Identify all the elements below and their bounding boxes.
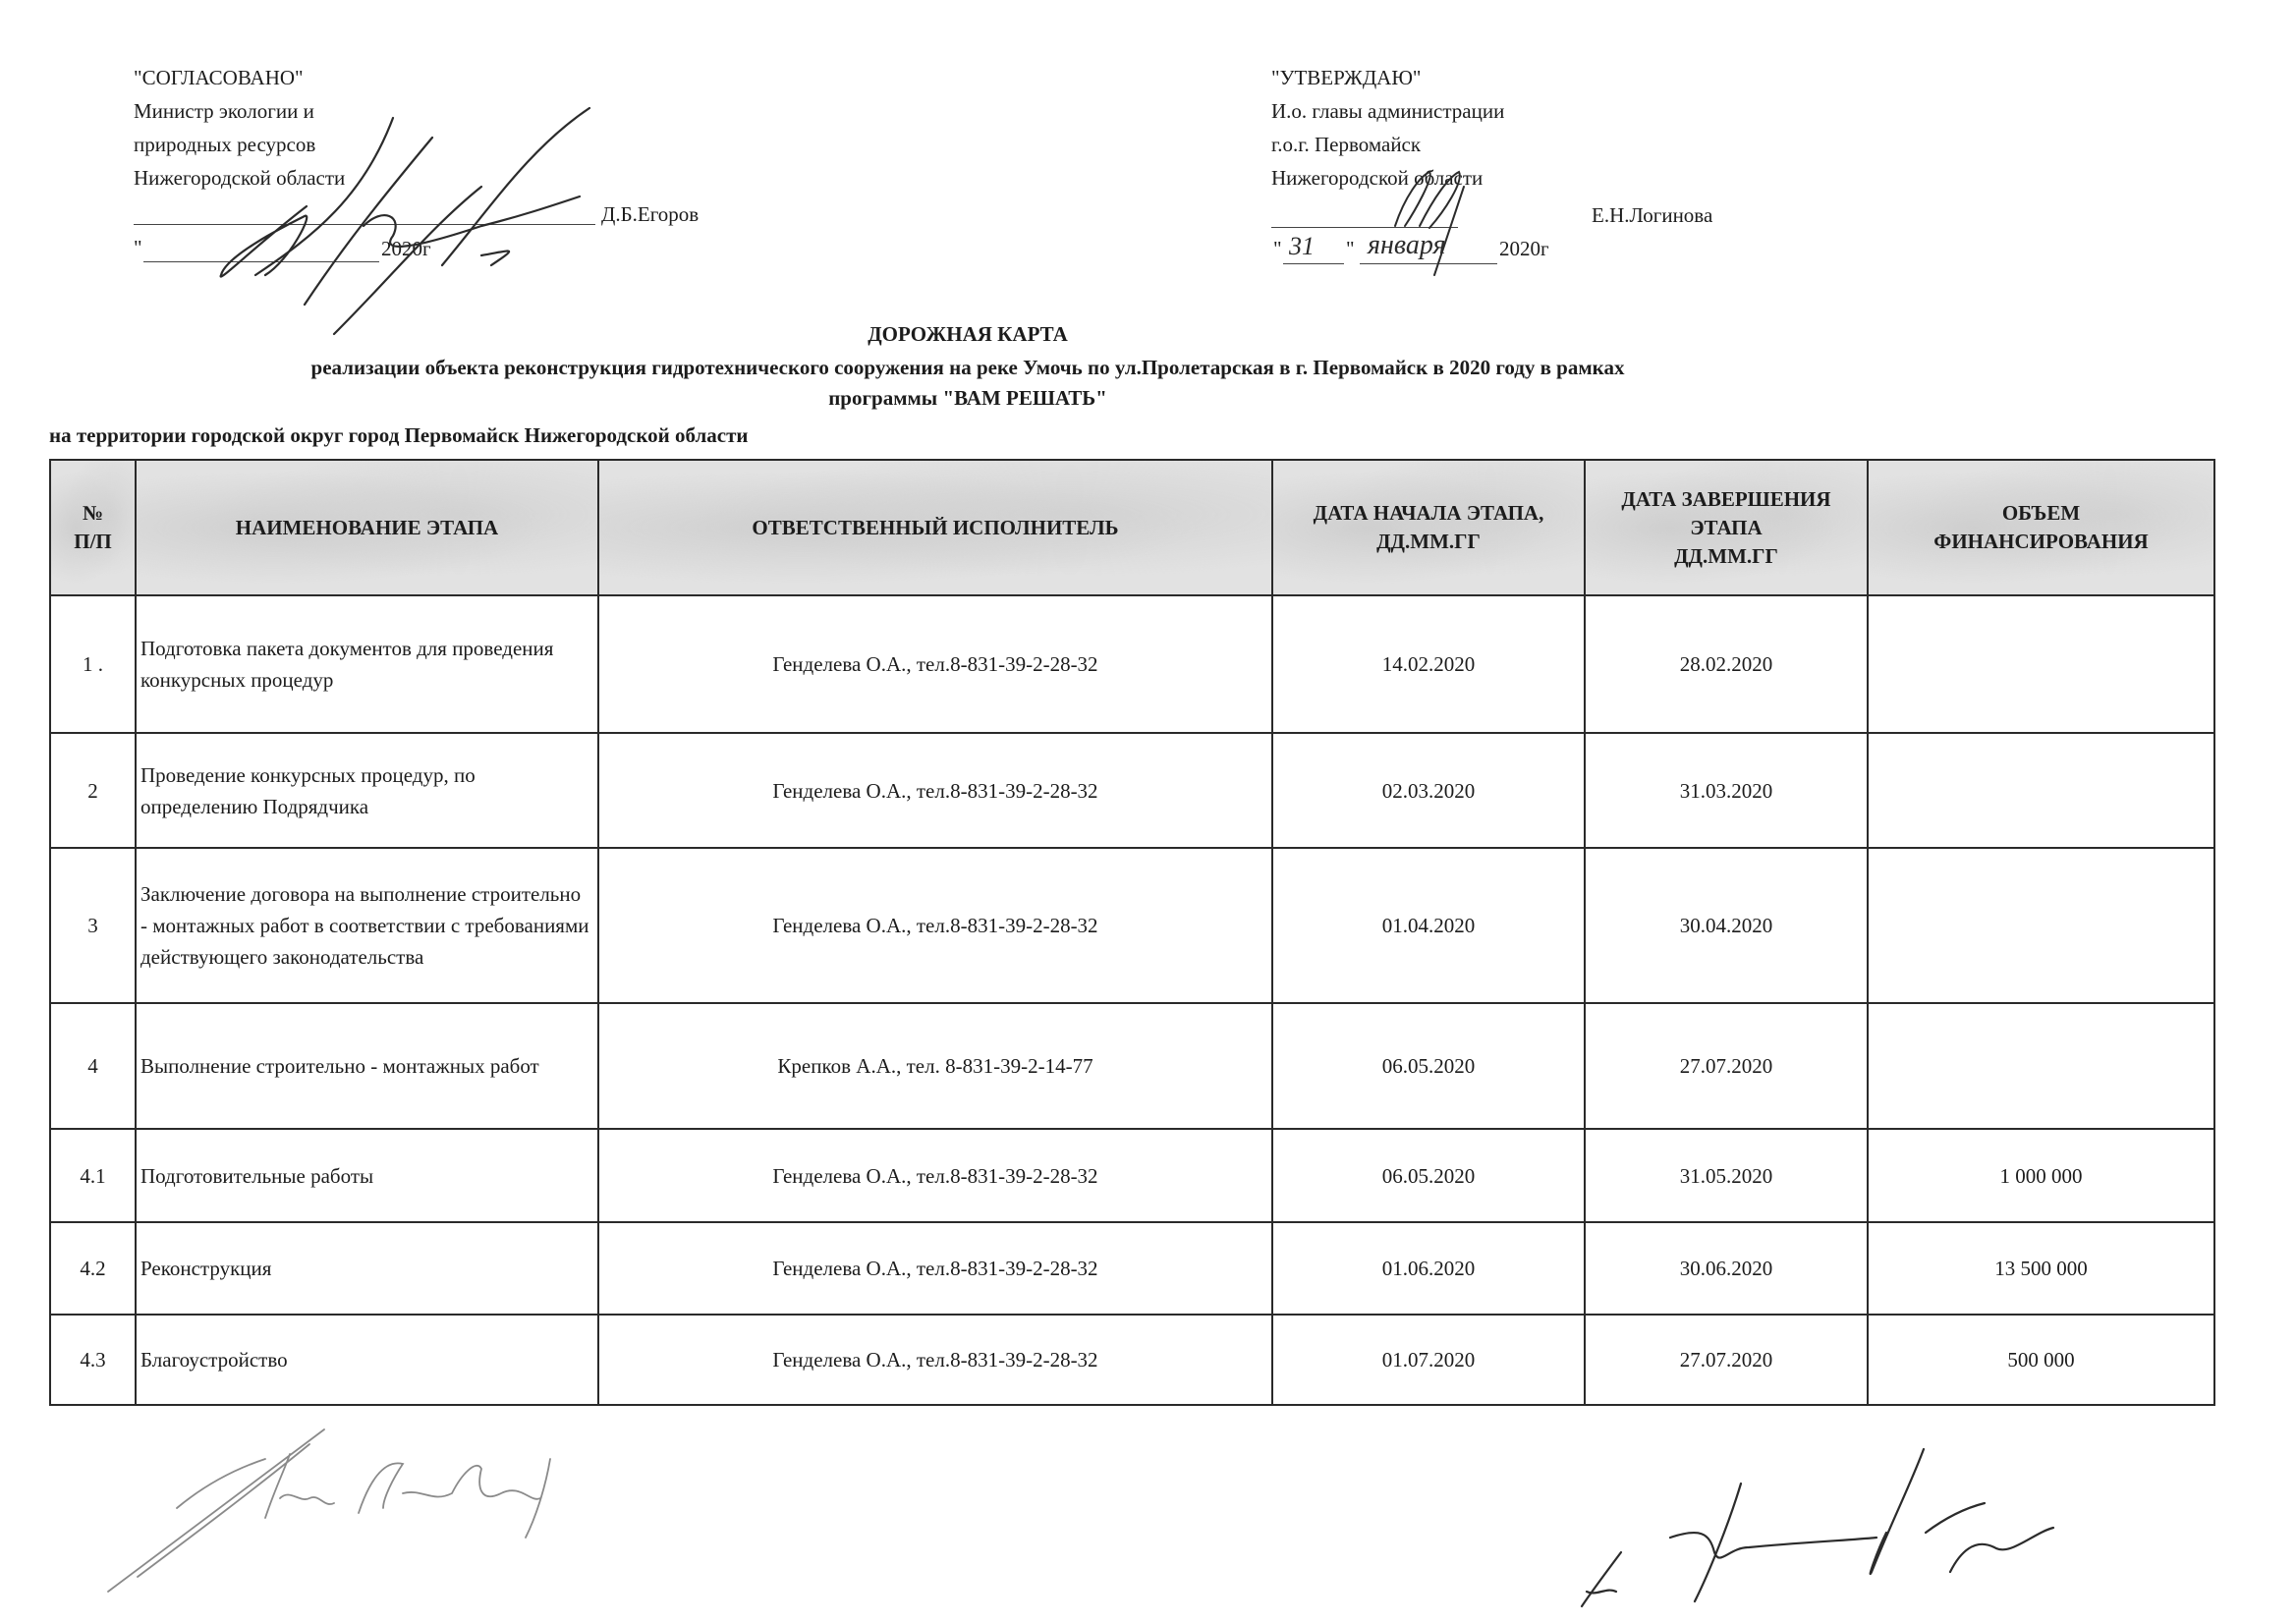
approval-right-date-open-quote: " (1273, 237, 1282, 261)
cell-num: 1 . (50, 595, 136, 733)
cell-funding: 13 500 000 (1868, 1222, 2214, 1315)
cell-end-date: 27.07.2020 (1585, 1003, 1868, 1129)
cell-start-date: 01.06.2020 (1272, 1222, 1585, 1315)
cell-num: 4.1 (50, 1129, 136, 1222)
cell-start-date: 01.07.2020 (1272, 1315, 1585, 1405)
cell-start-date: 06.05.2020 (1272, 1129, 1585, 1222)
header-stage: НАИМЕНОВАНИЕ ЭТАПА (136, 460, 598, 595)
table-row: 4.1 Подготовительные работы Генделева О.… (50, 1129, 2214, 1222)
document-territory: на территории городской округ город Перв… (49, 423, 749, 448)
table-row: 4 Выполнение строительно - монтажных раб… (50, 1003, 2214, 1129)
header-end-line-1: ДАТА ЗАВЕРШЕНИЯ (1621, 487, 1830, 511)
cell-stage: Реконструкция (136, 1222, 598, 1315)
cell-start-date: 06.05.2020 (1272, 1003, 1585, 1129)
cell-funding (1868, 848, 2214, 1003)
cell-start-date: 02.03.2020 (1272, 733, 1585, 848)
cell-executor: Генделева О.А., тел.8-831-39-2-28-32 (598, 595, 1272, 733)
header-end-line-3: ДД.ММ.ГГ (1674, 544, 1778, 568)
cell-num: 4.2 (50, 1222, 136, 1315)
cell-stage: Проведение конкурсных процедур, по опред… (136, 733, 598, 848)
roadmap-table: №П/П НАИМЕНОВАНИЕ ЭТАПА ОТВЕТСТВЕННЫЙ ИС… (49, 459, 2215, 1406)
cell-stage: Выполнение строительно - монтажных работ (136, 1003, 598, 1129)
header-executor: ОТВЕТСТВЕННЫЙ ИСПОЛНИТЕЛЬ (598, 460, 1272, 595)
table-row: 4.2 Реконструкция Генделева О.А., тел.8-… (50, 1222, 2214, 1315)
cell-funding: 1 000 000 (1868, 1129, 2214, 1222)
header-start-line-2: ДД.ММ.ГГ (1376, 530, 1481, 553)
approval-right-signer: Е.Н.Логинова (1592, 203, 1712, 228)
cell-stage: Подготовительные работы (136, 1129, 598, 1222)
cell-executor: Генделева О.А., тел.8-831-39-2-28-32 (598, 848, 1272, 1003)
cell-end-date: 30.06.2020 (1585, 1222, 1868, 1315)
header-start-line-1: ДАТА НАЧАЛА ЭТАПА, (1314, 501, 1544, 525)
approval-right-position-1: И.о. главы администрации (1271, 94, 1504, 128)
approval-left-date-quote: " (134, 236, 142, 260)
approval-right-date-close-quote: " (1346, 237, 1355, 261)
document-subtitle-line-1: реализации объекта реконструкция гидроте… (0, 356, 1935, 380)
cell-executor: Генделева О.А., тел.8-831-39-2-28-32 (598, 1315, 1272, 1405)
cell-executor: Генделева О.А., тел.8-831-39-2-28-32 (598, 1129, 1272, 1222)
header-start-date: ДАТА НАЧАЛА ЭТАПА,ДД.ММ.ГГ (1272, 460, 1585, 595)
cell-executor: Генделева О.А., тел.8-831-39-2-28-32 (598, 1222, 1272, 1315)
header-num-line-2: П/П (74, 530, 112, 553)
cell-start-date: 01.04.2020 (1272, 848, 1585, 1003)
document-subtitle-line-2: программы "ВАМ РЕШАТЬ" (0, 386, 1935, 411)
table-row: 2 Проведение конкурсных процедур, по опр… (50, 733, 2214, 848)
cell-end-date: 31.05.2020 (1585, 1129, 1868, 1222)
signature-loginova (1375, 157, 1503, 295)
signature-bottom-right (1572, 1425, 2260, 1621)
table-row: 4.3 Благоустройство Генделева О.А., тел.… (50, 1315, 2214, 1405)
cell-funding (1868, 733, 2214, 848)
approval-right-position-2: г.о.г. Первомайск (1271, 128, 1504, 161)
cell-end-date: 28.02.2020 (1585, 595, 1868, 733)
header-num: №П/П (50, 460, 136, 595)
cell-start-date: 14.02.2020 (1272, 595, 1585, 733)
cell-end-date: 31.03.2020 (1585, 733, 1868, 848)
cell-funding (1868, 1003, 2214, 1129)
header-funding-line-2: ФИНАНСИРОВАНИЯ (1933, 530, 2148, 553)
table-header-row: №П/П НАИМЕНОВАНИЕ ЭТАПА ОТВЕТСТВЕННЫЙ ИС… (50, 460, 2214, 595)
cell-funding: 500 000 (1868, 1315, 2214, 1405)
header-end-line-2: ЭТАПА (1690, 516, 1762, 539)
document-title: ДОРОЖНАЯ КАРТА (0, 322, 1935, 347)
approval-right-year: 2020г (1499, 237, 1549, 261)
table-row: 3 Заключение договора на выполнение стро… (50, 848, 2214, 1003)
cell-stage: Заключение договора на выполнение строит… (136, 848, 598, 1003)
signature-egorov (196, 79, 747, 344)
approval-right-date-day: 31 (1289, 232, 1315, 261)
approval-right-heading: "УТВЕРЖДАЮ" (1271, 61, 1504, 94)
cell-stage: Подготовка пакета документов для проведе… (136, 595, 598, 733)
cell-num: 3 (50, 848, 136, 1003)
cell-end-date: 27.07.2020 (1585, 1315, 1868, 1405)
cell-stage: Благоустройство (136, 1315, 598, 1405)
cell-num: 4 (50, 1003, 136, 1129)
cell-num: 4.3 (50, 1315, 136, 1405)
approval-right-day-line (1283, 263, 1344, 264)
header-num-line-1: № (83, 501, 103, 525)
header-end-date: ДАТА ЗАВЕРШЕНИЯЭТАПАДД.ММ.ГГ (1585, 460, 1868, 595)
cell-end-date: 30.04.2020 (1585, 848, 1868, 1003)
cell-executor: Генделева О.А., тел.8-831-39-2-28-32 (598, 733, 1272, 848)
cell-num: 2 (50, 733, 136, 848)
cell-funding (1868, 595, 2214, 733)
table-row: 1 . Подготовка пакета документов для про… (50, 595, 2214, 733)
header-funding: ОБЪЕМФИНАНСИРОВАНИЯ (1868, 460, 2214, 595)
cell-executor: Крепков А.А., тел. 8-831-39-2-14-77 (598, 1003, 1272, 1129)
header-funding-line-1: ОБЪЕМ (2002, 501, 2080, 525)
signature-bottom-left (88, 1420, 678, 1596)
